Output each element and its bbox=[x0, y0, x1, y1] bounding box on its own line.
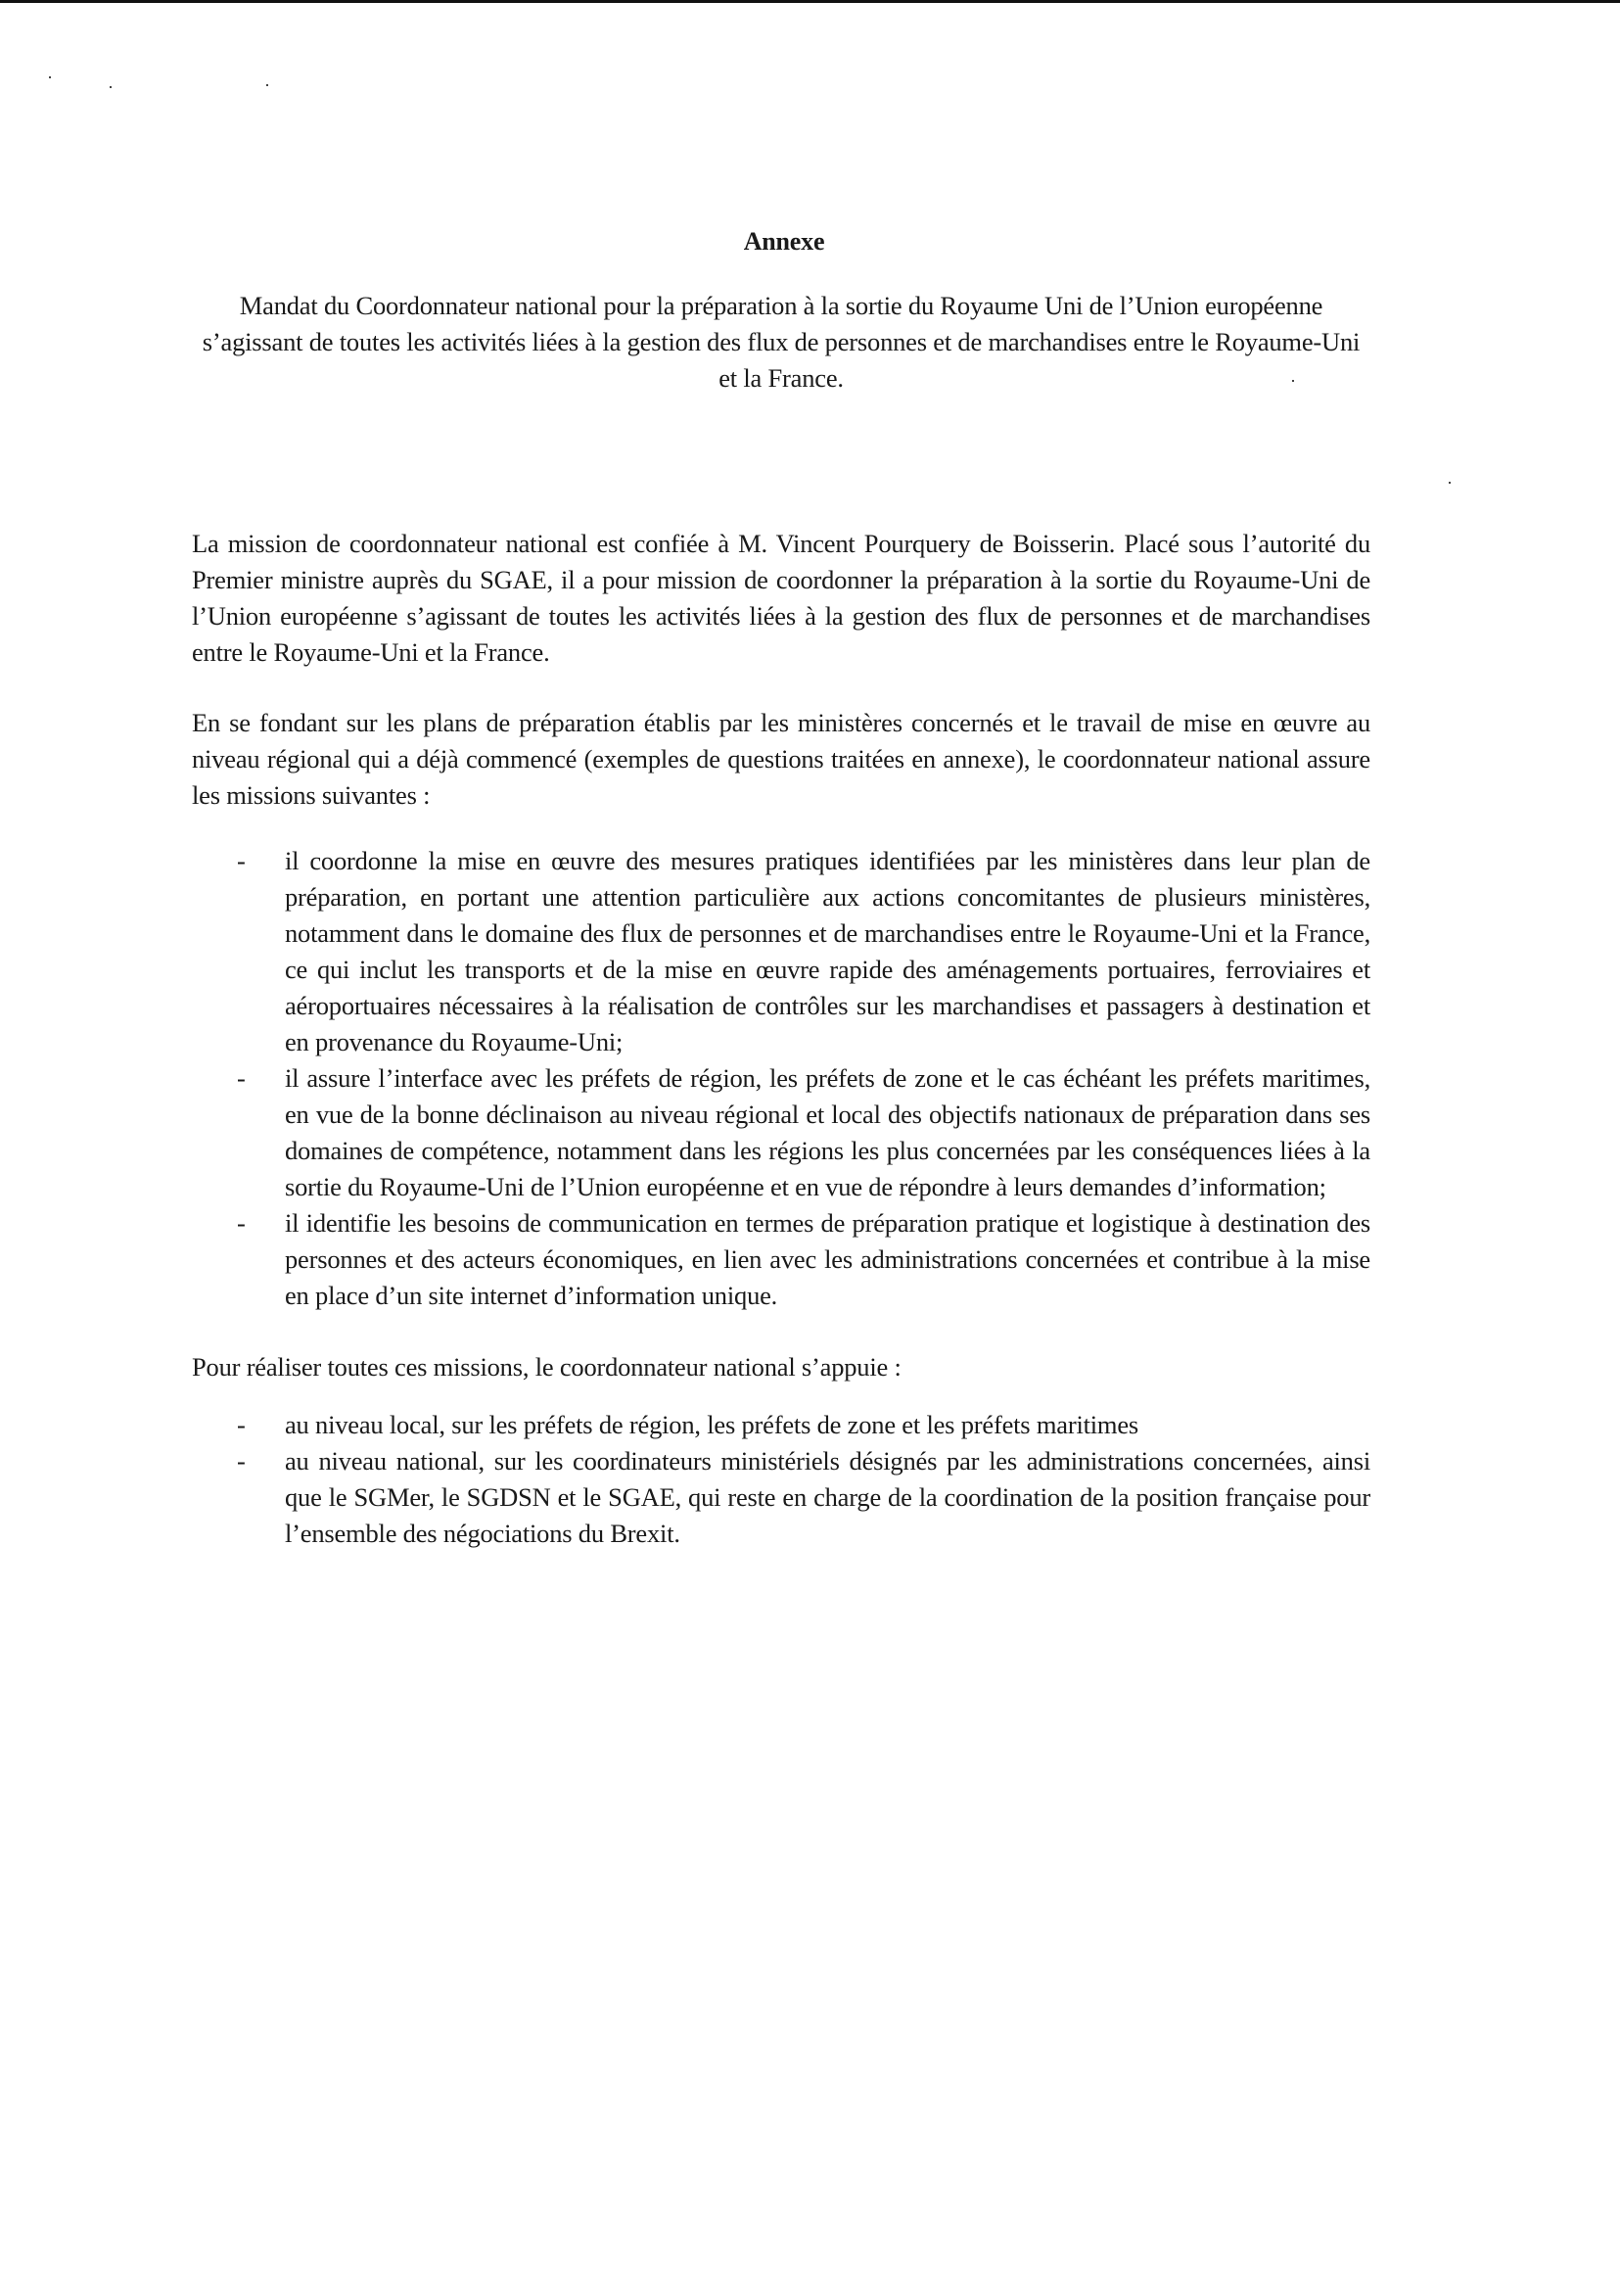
dash-bullet-icon: - bbox=[237, 1407, 246, 1443]
list-item: - il assure l’interface avec les préfets… bbox=[192, 1060, 1370, 1205]
paragraph-mission: La mission de coordonnateur national est… bbox=[192, 526, 1370, 671]
paragraph-support-intro: Pour réaliser toutes ces missions, le co… bbox=[192, 1349, 1370, 1385]
list-item: - il coordonne la mise en œuvre des mesu… bbox=[192, 843, 1370, 1060]
scan-top-edge bbox=[0, 0, 1620, 3]
list-item-text: au niveau national, sur les coordinateur… bbox=[285, 1446, 1370, 1548]
document-page: Annexe Mandat du Coordonnateur national … bbox=[192, 223, 1370, 1587]
dash-bullet-icon: - bbox=[237, 1205, 246, 1242]
document-subtitle: Mandat du Coordonnateur national pour la… bbox=[192, 288, 1370, 397]
dash-bullet-icon: - bbox=[237, 1443, 246, 1479]
dash-bullet-icon: - bbox=[237, 1060, 246, 1097]
scan-speck bbox=[1449, 482, 1451, 484]
dash-bullet-icon: - bbox=[237, 843, 246, 879]
paragraph-missions-intro: En se fondant sur les plans de préparati… bbox=[192, 705, 1370, 814]
list-item: - au niveau national, sur les coordinate… bbox=[192, 1443, 1370, 1552]
list-item-text: il assure l’interface avec les préfets d… bbox=[285, 1063, 1370, 1201]
support-list: - au niveau local, sur les préfets de ré… bbox=[192, 1407, 1370, 1552]
scan-speck bbox=[49, 76, 51, 78]
list-item: - il identifie les besoins de communicat… bbox=[192, 1205, 1370, 1314]
scan-speck bbox=[266, 84, 268, 86]
list-item-text: il coordonne la mise en œuvre des mesure… bbox=[285, 846, 1370, 1056]
missions-list: - il coordonne la mise en œuvre des mesu… bbox=[192, 843, 1370, 1314]
scan-speck bbox=[110, 86, 112, 88]
document-title: Annexe bbox=[192, 223, 1370, 259]
list-item: - au niveau local, sur les préfets de ré… bbox=[192, 1407, 1370, 1443]
list-item-text: il identifie les besoins de communicatio… bbox=[285, 1208, 1370, 1310]
list-item-text: au niveau local, sur les préfets de régi… bbox=[285, 1410, 1138, 1439]
